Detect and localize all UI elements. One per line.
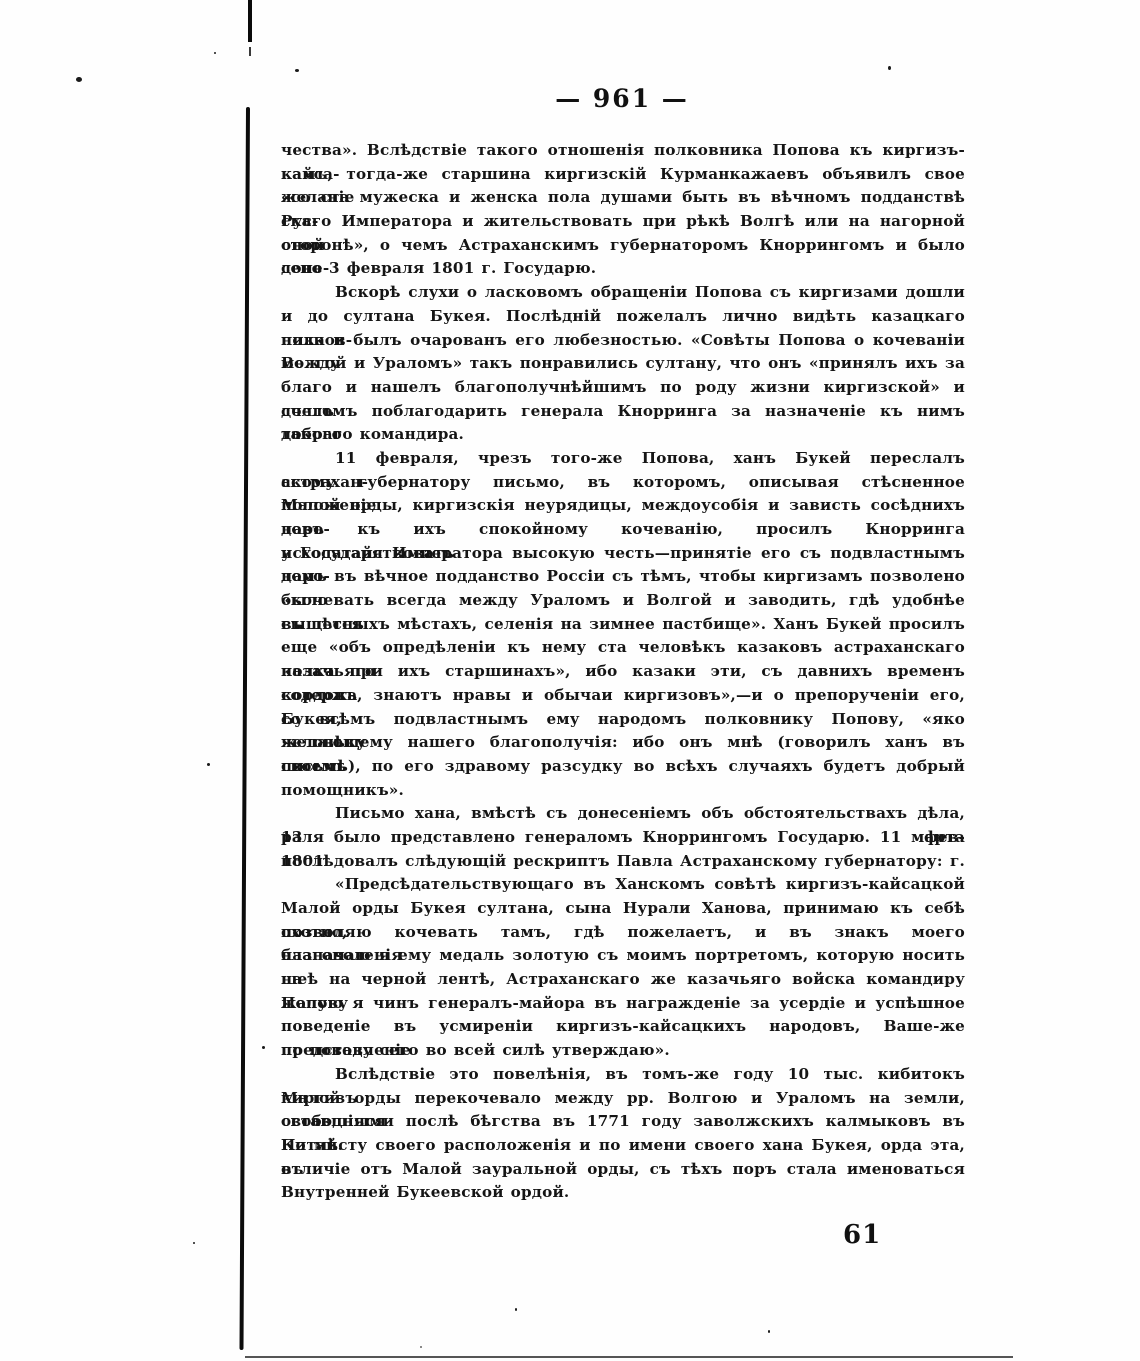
scan-speck (768, 1330, 770, 1333)
text-line: По мѣсту своего расположенія и по имени … (281, 1134, 965, 1158)
text-line: у Государя Императора высокую честь—прин… (281, 542, 965, 566)
text-line: назначаю я ему медаль золотую съ моимъ п… (281, 944, 965, 968)
text-line: добраго командира. (281, 423, 965, 447)
text-line: поведеніе въ усмиреніи киргизъ-кайсацких… (281, 1015, 965, 1039)
gutter-line-dash (249, 47, 251, 56)
text-line: жалую я чинъ генералъ-майора въ награжде… (281, 992, 965, 1016)
text-line: долгомъ поблагодарить генерала Кнорринга… (281, 400, 965, 424)
text-line: скаго Императора и жительствовать при рѣ… (281, 210, 965, 234)
scan-bottom-edge (245, 1356, 1013, 1358)
scan-speck (262, 1046, 265, 1049)
text-line: и до султана Букея. Послѣдній пожелалъ л… (281, 305, 965, 329)
scan-speck (214, 52, 216, 54)
text-line: «Предсѣдательствующаго въ Ханскомъ совѣт… (281, 873, 965, 897)
gutter-line-main (239, 107, 250, 1350)
text-line: послѣдовалъ слѣдующій рескриптъ Павла Ас… (281, 850, 965, 874)
text-line: благо и нашелъ благополучнѣйшимъ по роду… (281, 376, 965, 400)
page-number-footer: 61 (843, 1220, 881, 1250)
text-line: Волгой и Ураломъ» такъ понравились султа… (281, 352, 965, 376)
text-line: желающему нашего благополучія: ибо онъ м… (281, 731, 965, 755)
text-line: помощникъ». (281, 779, 965, 803)
scan-speck (207, 763, 210, 766)
text-line: Малой орды Букея султана, сына Нурали Ха… (281, 897, 965, 921)
text-line: домъ въ вѣчное подданство Россіи съ тѣмъ… (281, 565, 965, 589)
paragraph: Письмо хана, вмѣстѣ съ донесеніемъ объ о… (281, 802, 965, 873)
text-line: свободными послѣ бѣгства въ 1771 году за… (281, 1110, 965, 1134)
text-line: чества». Вслѣдствіе такого отношенія пол… (281, 139, 965, 163)
text-line: шеѣ на черной лентѣ, Астраханскаго же ка… (281, 968, 965, 992)
text-line: камъ, тогда-же старшина киргизскій Курма… (281, 163, 965, 187)
text-line: Письмо хана, вмѣстѣ съ донесеніемъ объ о… (281, 802, 965, 826)
text-line: скому губернатору письмо, въ которомъ, о… (281, 471, 965, 495)
paragraph: Вслѣдствіе это повелѣнія, въ томъ-же год… (281, 1063, 965, 1205)
text-line: 11 февраля, чрезъ того-же Попова, ханъ Б… (281, 447, 965, 471)
page-number-header: — 961 — (280, 84, 964, 113)
text-line: Малой орды перекочевало между рр. Волгою… (281, 1087, 965, 1111)
text-line: Вслѣдствіе это повелѣнія, въ томъ-же год… (281, 1063, 965, 1087)
text-line: «кочевать всегда между Ураломъ и Волгой … (281, 589, 965, 613)
scan-speck (888, 66, 891, 70)
gutter-line-top-segment (248, 0, 252, 42)
text-line: Вскорѣ слухи о ласковомъ обращеніи Попов… (281, 281, 965, 305)
text-line: въ лѣсныхъ мѣстахъ, селенія на зимнее па… (281, 613, 965, 637)
text-line: позволяю кочевать тамъ, гдѣ пожелаетъ, и… (281, 921, 965, 945)
text-line: сторонѣ», о чемъ Астраханскимъ губернато… (281, 234, 965, 258)
text-line: по поводу сего во всей силѣ утверждаю». (281, 1039, 965, 1063)
text-line: отличіе отъ Малой зауральной орды, съ тѣ… (281, 1158, 965, 1182)
scan-speck (295, 69, 299, 72)
text-line: со всѣмъ подвластнымъ ему народомъ полко… (281, 708, 965, 732)
text-line: довъ къ ихъ спокойному кочеванію, просил… (281, 518, 965, 542)
text-line: кордонъ, знаютъ нравы и обычаи киргизовъ… (281, 684, 965, 708)
text-line: Внутренней Букеевской ордой. (281, 1181, 965, 1205)
text-line: еще «объ опредѣленіи къ нему ста человѣк… (281, 636, 965, 660)
text-line: ника и былъ очарованъ его любезностью. «… (281, 329, 965, 353)
paragraph: «Предсѣдательствующаго въ Ханскомъ совѣт… (281, 873, 965, 1063)
document-page: — 961 — чества». Вслѣдствіе такого отнош… (0, 0, 1140, 1361)
scan-speck (193, 1242, 195, 1244)
paragraph: 11 февраля, чрезъ того-же Попова, ханъ Б… (281, 447, 965, 802)
text-line: раля было представлено генераломъ Кнорри… (281, 826, 965, 850)
text-line: полка при ихъ старшинахъ», ибо казаки эт… (281, 660, 965, 684)
text-line: Малой орды, киргизскія неурядицы, междоу… (281, 494, 965, 518)
scan-speck (515, 1308, 517, 1311)
scan-speck (76, 77, 82, 82)
paragraph: чества». Вслѣдствіе такого отношенія пол… (281, 139, 965, 281)
text-column: чества». Вслѣдствіе такого отношенія пол… (281, 139, 965, 1205)
text-line: сено 3 февраля 1801 г. Государю. (281, 257, 965, 281)
paragraph: Вскорѣ слухи о ласковомъ обращеніи Попов… (281, 281, 965, 447)
text-line: «со ста мужеска и женска пола душами быт… (281, 186, 965, 210)
scan-speck (420, 1346, 422, 1348)
text-line: письмѣ), по его здравому разсудку во всѣ… (281, 755, 965, 779)
